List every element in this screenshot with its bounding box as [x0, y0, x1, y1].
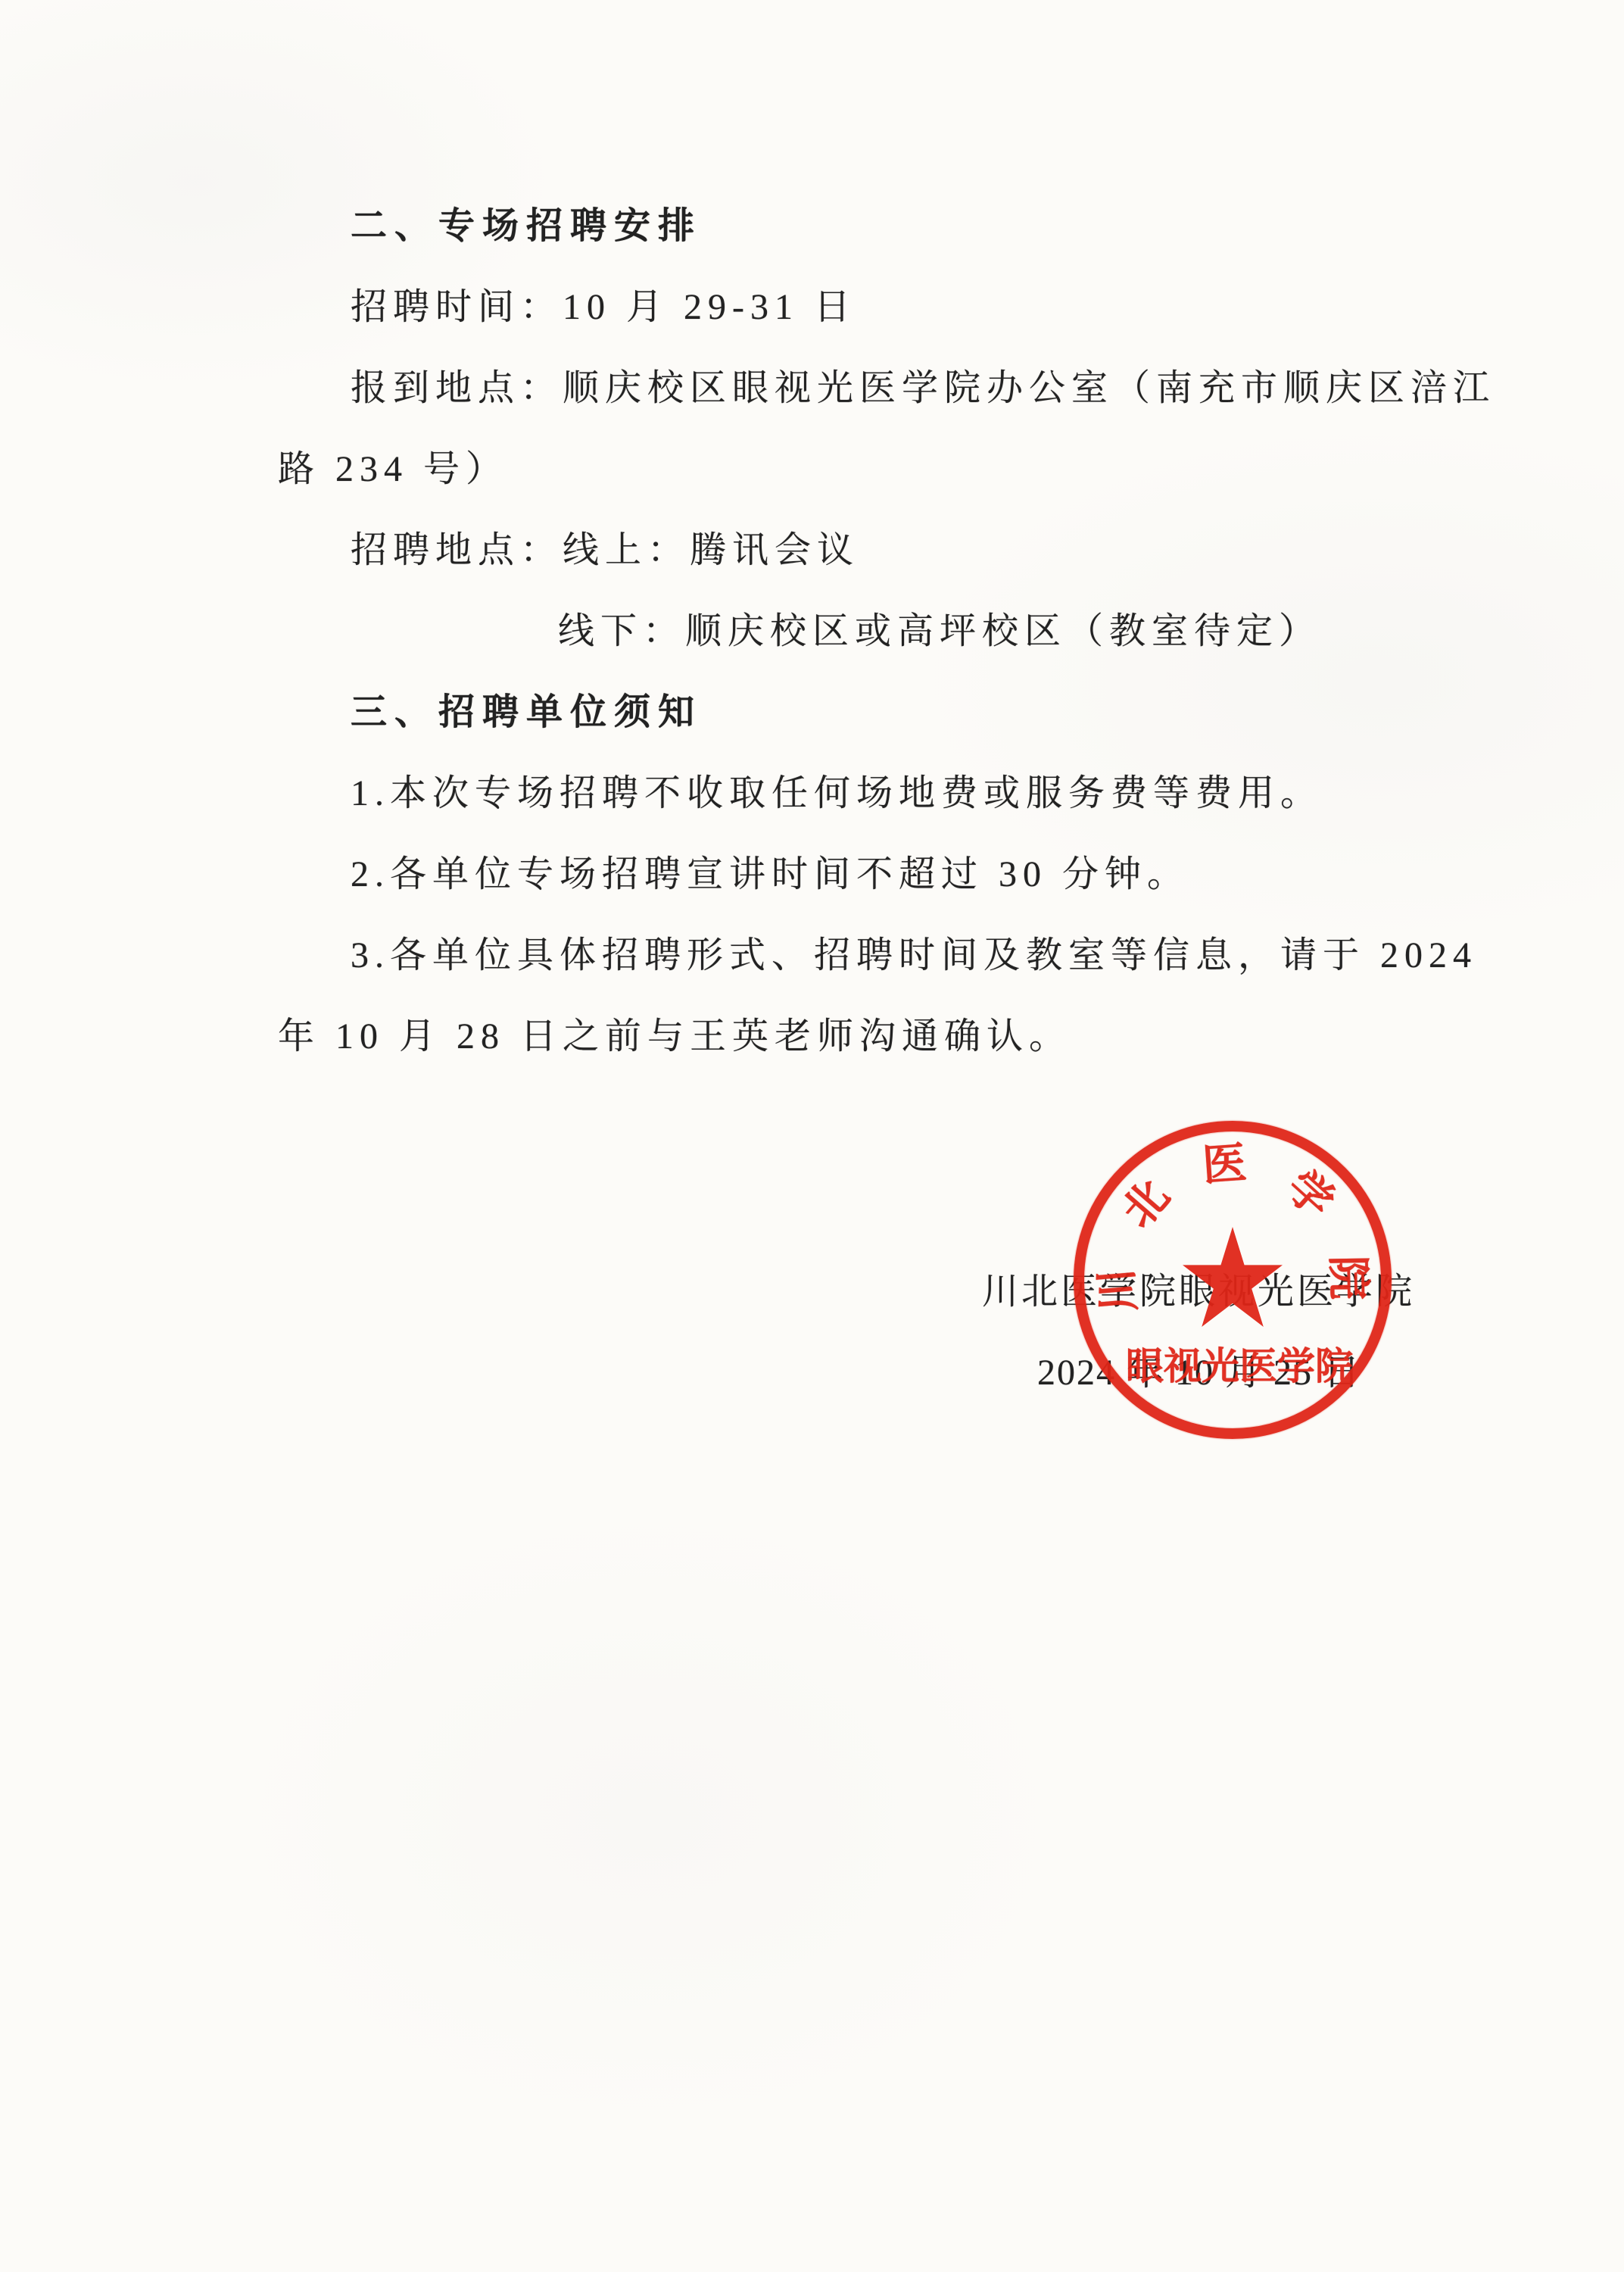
- seal-arc-char: 院: [1320, 1255, 1385, 1300]
- document-body: 二、专场招聘安排 招聘时间：10 月 29-31 日 报到地点：顺庆校区眼视光医…: [278, 186, 1520, 1077]
- seal-arc-char: 川: [1080, 1266, 1148, 1315]
- section-iii-heading: 三、招聘单位须知: [278, 672, 1520, 753]
- official-seal: 川 北 医 学 院 眼视光医学院: [1074, 1121, 1392, 1439]
- line-report-location: 报到地点：顺庆校区眼视光医学院办公室（南充市顺庆区涪江: [278, 348, 1520, 429]
- line-recruit-time: 招聘时间：10 月 29-31 日: [278, 267, 1520, 348]
- note-item-3: 3.各单位具体招聘形式、招聘时间及教室等信息，请于 2024: [278, 915, 1520, 996]
- seal-arc-char: 医: [1200, 1127, 1248, 1194]
- seal-bottom-text: 眼视光医学院: [1126, 1336, 1353, 1390]
- scanned-document-page: 二、专场招聘安排 招聘时间：10 月 29-31 日 报到地点：顺庆校区眼视光医…: [0, 0, 1624, 2272]
- line-recruit-place-offline: 线下：顺庆校区或高坪校区（教室待定）: [278, 591, 1520, 672]
- note-item-1: 1.本次专场招聘不收取任何场地费或服务费等费用。: [278, 753, 1520, 834]
- note-item-3-cont: 年 10 月 28 日之前与王英老师沟通确认。: [278, 996, 1520, 1077]
- section-ii-heading: 二、专场招聘安排: [278, 186, 1520, 267]
- note-item-2: 2.各单位专场招聘宣讲时间不超过 30 分钟。: [278, 834, 1520, 915]
- line-recruit-place-online: 招聘地点：线上：腾讯会议: [278, 510, 1520, 591]
- line-report-location-cont: 路 234 号）: [278, 429, 1520, 510]
